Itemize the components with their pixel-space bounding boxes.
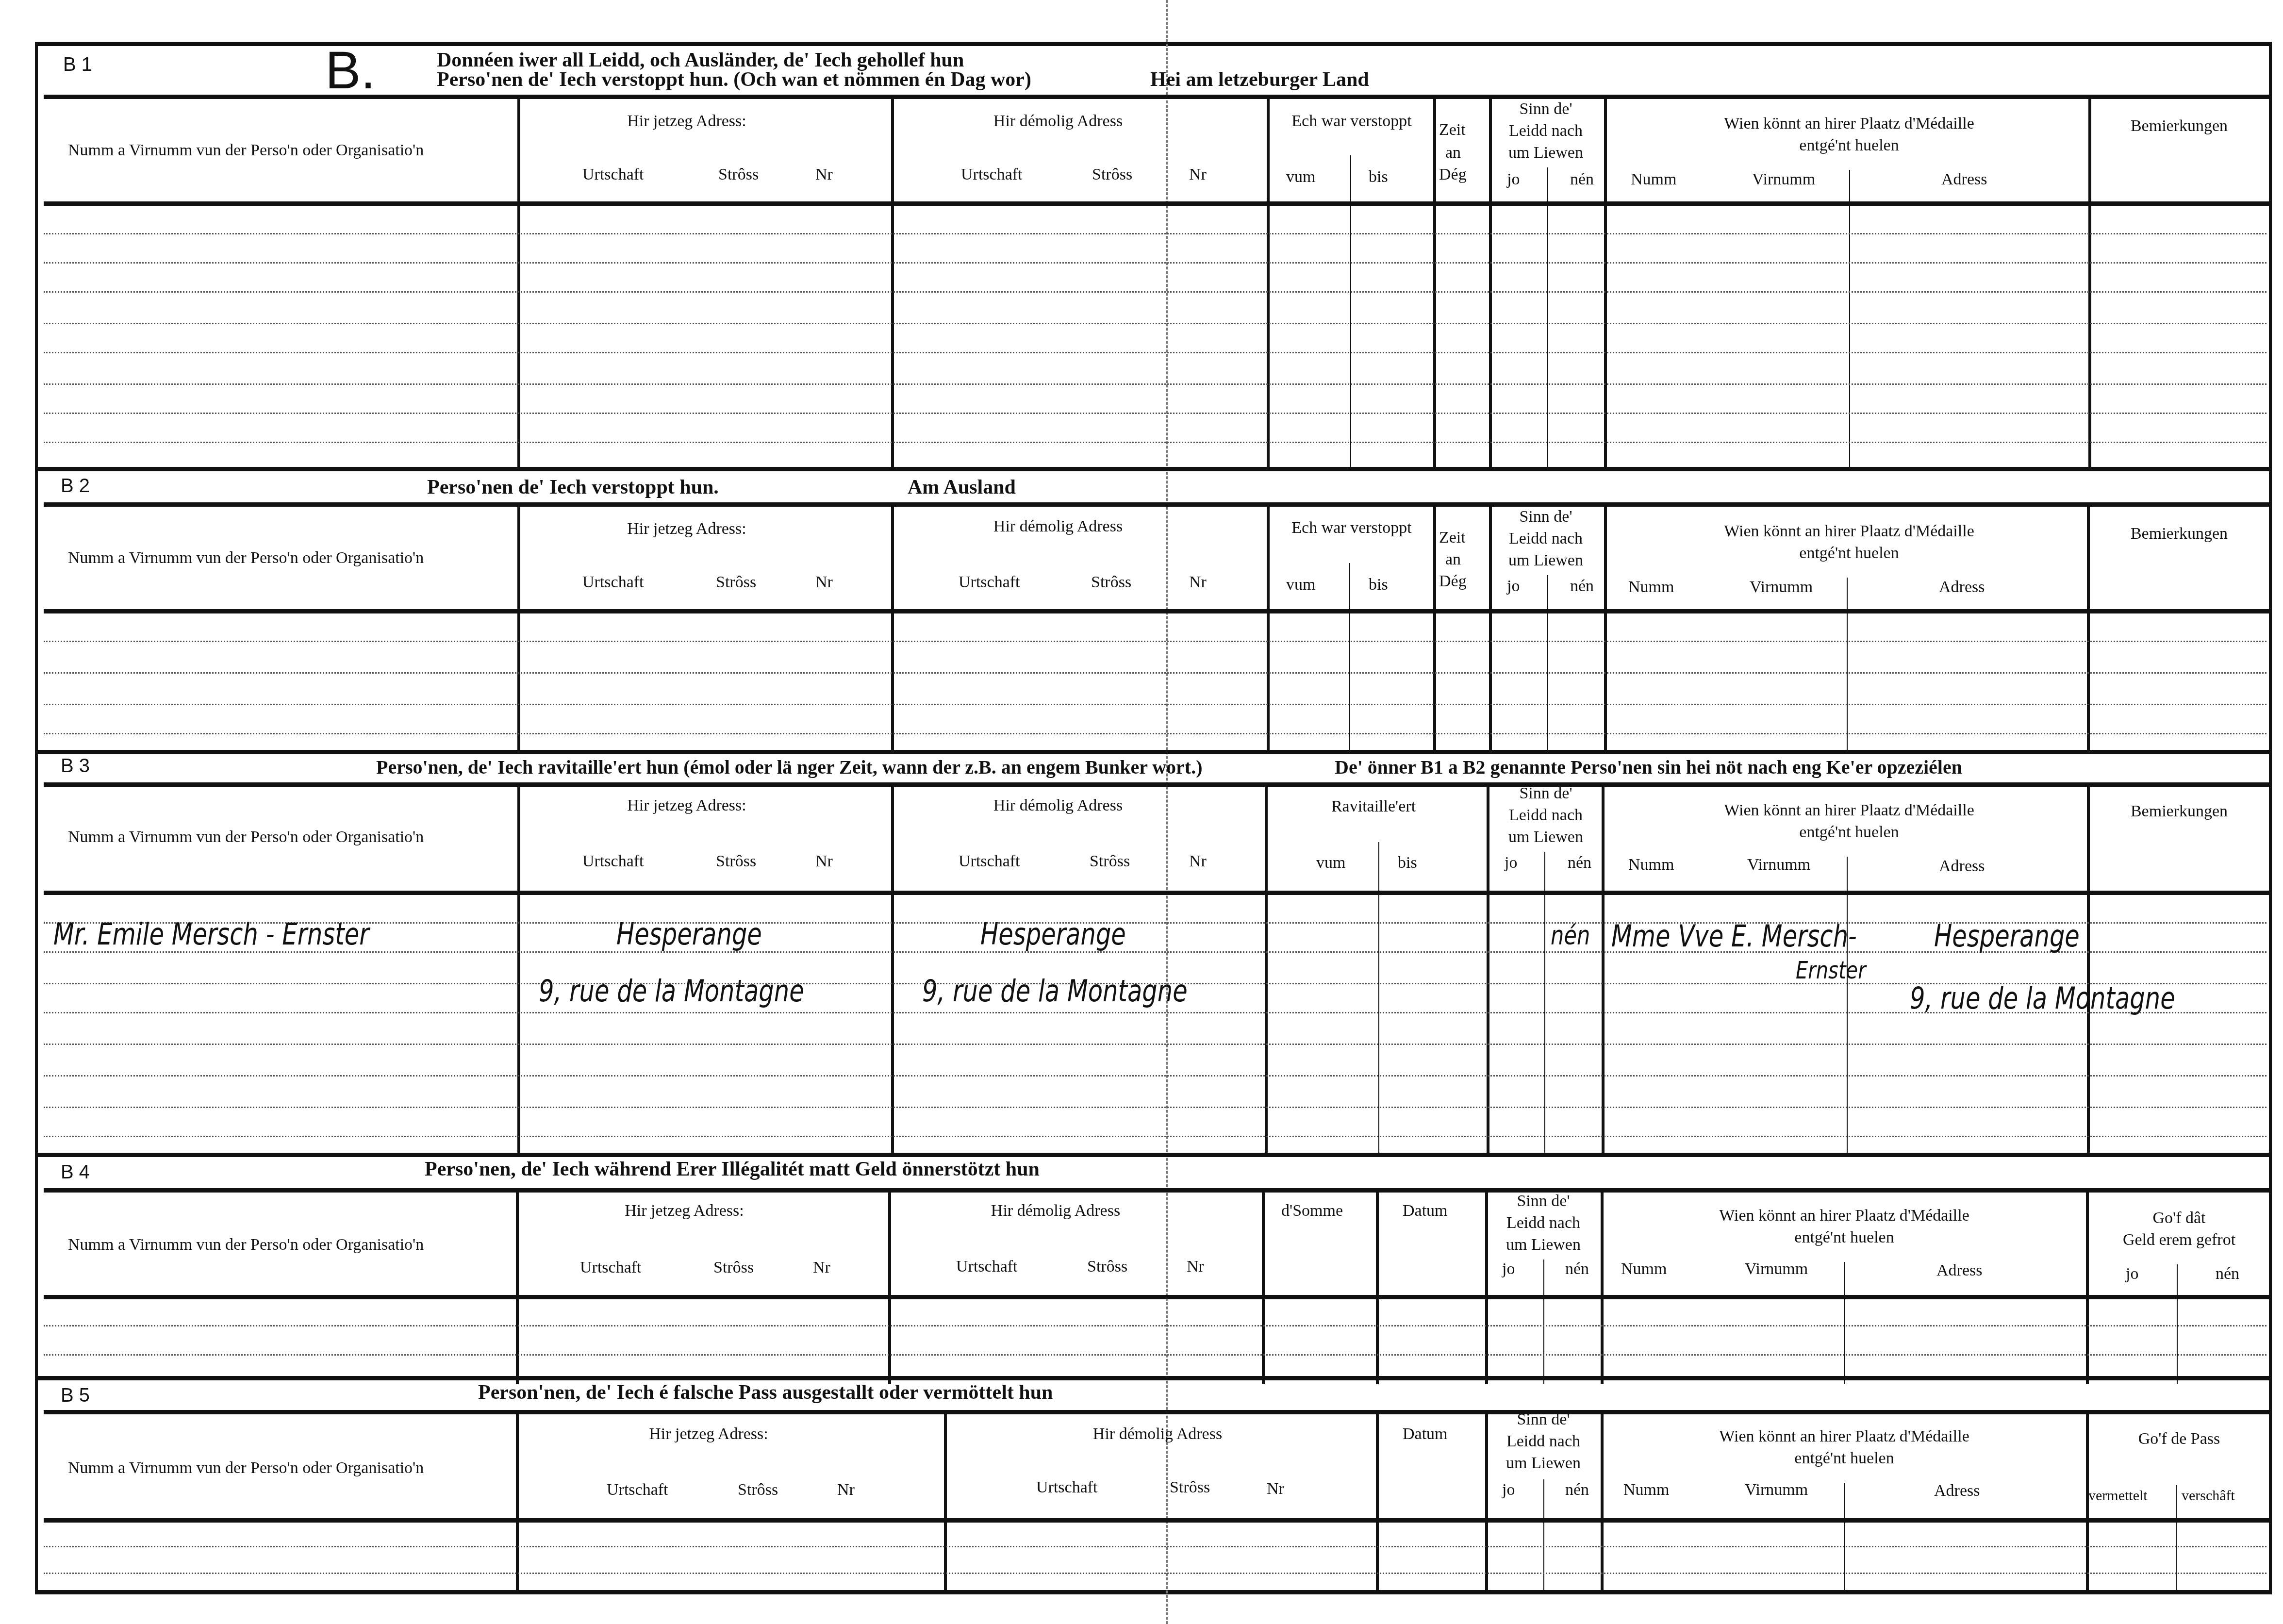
sub-jo: jo — [1505, 853, 1517, 872]
entry-line[interactable] — [44, 352, 2266, 353]
remarks-header: Bemierkungen — [2131, 802, 2228, 821]
page-bottom-border — [35, 1590, 2272, 1594]
entry-line[interactable] — [44, 733, 2266, 734]
col-datum-header: Datum — [1403, 1201, 1448, 1220]
sub-jo: jo — [1507, 170, 1520, 189]
sub-stross: Strôss — [1092, 165, 1132, 184]
medal-header: entgé'nt huelen — [1799, 544, 1899, 563]
form-title-line2: Perso'nen de' Iech verstoppt hun. (Och w… — [437, 68, 1031, 91]
sub-bis: bis — [1369, 167, 1388, 186]
page-right-border — [2269, 44, 2272, 1592]
sub-bis: bis — [1369, 575, 1388, 594]
alive-header: um Liewen — [1508, 551, 1583, 570]
col-current-address-header: Hir jetzeg Adress: — [625, 1201, 744, 1220]
sub-nr: Nr — [1189, 573, 1207, 592]
col-hidden-header: Ech war verstoppt — [1291, 518, 1411, 537]
sub-divider — [1543, 1479, 1544, 1592]
col-name-header: Numm a Virnumm vun der Perso'n oder Orga… — [68, 1458, 424, 1477]
col-current-address-header: Hir jetzeg Adress: — [627, 519, 746, 538]
section-id-b4: B 4 — [61, 1161, 90, 1183]
zeit-header: Dég — [1439, 572, 1467, 591]
sub-stross: Strôss — [738, 1480, 778, 1499]
b5-header-rule — [44, 1410, 2271, 1414]
col-divider — [944, 1412, 947, 1592]
sub-stross: Strôss — [716, 852, 756, 871]
sub-divider — [1849, 170, 1850, 468]
form-letter: B. — [325, 40, 376, 101]
section-id-b5: B 5 — [61, 1384, 90, 1407]
alive-header: Sinn de' — [1519, 99, 1572, 118]
medal-header: Wien könnt an hirer Plaatz d'Médaille — [1724, 801, 1974, 820]
zeit-header: Dég — [1439, 165, 1467, 184]
section-id-b3: B 3 — [61, 755, 90, 777]
zeit-header: an — [1445, 143, 1461, 162]
b4-top-rule — [35, 1153, 2272, 1157]
sub-vum: vum — [1286, 167, 1315, 186]
entry-line[interactable] — [44, 442, 2266, 443]
geld-header: Go'f dât — [2152, 1209, 2205, 1227]
alive-header: um Liewen — [1508, 828, 1583, 846]
sub-divider — [1543, 1259, 1544, 1384]
col-divider — [2087, 505, 2090, 752]
entry-line[interactable] — [44, 1325, 2266, 1326]
sub-adress: Adress — [1934, 1481, 1980, 1500]
entry-line[interactable] — [44, 1354, 2266, 1356]
sub-numm: Numm — [1628, 855, 1674, 874]
b4-header-rule — [44, 1188, 2271, 1193]
entry-line[interactable] — [44, 262, 2266, 264]
col-divider — [516, 1412, 519, 1592]
entry-line[interactable] — [44, 1044, 2266, 1045]
col-ravitaille-header: Ravitaille'ert — [1331, 797, 1416, 816]
sub-stross: Strôss — [1170, 1478, 1210, 1497]
sub-nr: Nr — [1187, 1257, 1204, 1276]
col-divider — [1602, 785, 1605, 1154]
sub-stross: Strôss — [1091, 573, 1131, 592]
sub-jo: jo — [1502, 1259, 1515, 1278]
sub-nr: Nr — [837, 1480, 855, 1499]
alive-header: Sinn de' — [1517, 1410, 1570, 1429]
b5-header-bottom-rule — [44, 1518, 2271, 1523]
sub-divider — [1544, 852, 1545, 1154]
entry-medal-urtschaft[interactable]: Hesperange — [1934, 918, 2080, 954]
col-current-address-header: Hir jetzeg Adress: — [627, 112, 746, 131]
b2-top-rule — [35, 467, 2272, 471]
alive-header: Sinn de' — [1519, 507, 1572, 526]
medal-header: entgé'nt huelen — [1794, 1449, 1894, 1468]
sub-adress: Adress — [1936, 1261, 1982, 1280]
alive-header: um Liewen — [1506, 1454, 1581, 1473]
medal-header: entgé'nt huelen — [1799, 136, 1899, 155]
sub-divider — [1844, 1483, 1845, 1592]
b3-note: De' önner B1 a B2 genannte Perso'nen sin… — [1335, 756, 1962, 779]
sub-numm: Numm — [1621, 1259, 1667, 1278]
col-name-header: Numm a Virnumm vun der Perso'n oder Orga… — [68, 141, 424, 160]
col-name-header: Numm a Virnumm vun der Perso'n oder Orga… — [68, 1235, 424, 1254]
b3-header-bottom-rule — [44, 891, 2271, 895]
col-divider — [1487, 785, 1489, 1154]
medal-header: entgé'nt huelen — [1794, 1228, 1894, 1247]
sub-nen: nén — [2216, 1264, 2239, 1283]
alive-header: Sinn de' — [1519, 784, 1572, 803]
entry-line[interactable] — [44, 641, 2266, 642]
medal-header: Wien könnt an hirer Plaatz d'Médaille — [1719, 1206, 1969, 1225]
sub-virnumm: Virnumm — [1752, 170, 1815, 189]
sub-jo: jo — [2126, 1264, 2138, 1283]
col-divider — [1489, 505, 1492, 752]
sub-urtschaft: Urtschaft — [607, 1480, 668, 1499]
pass-header: Go'f de Pass — [2138, 1429, 2220, 1448]
sub-stross: Strôss — [1090, 852, 1130, 871]
sub-verschaft: verschâft — [2182, 1488, 2235, 1505]
b4-header-bottom-rule — [44, 1295, 2271, 1299]
col-divider — [517, 505, 520, 752]
col-divider — [1433, 505, 1436, 752]
col-divider — [1601, 1412, 1604, 1592]
sub-urtschaft: Urtschaft — [580, 1258, 642, 1277]
b2-title: Perso'nen de' Iech verstoppt hun. — [427, 476, 719, 499]
sub-nen: nén — [1570, 577, 1594, 596]
col-current-address-header: Hir jetzeg Adress: — [649, 1425, 768, 1443]
fold-line — [1166, 0, 1168, 1624]
b5-top-rule — [35, 1376, 2272, 1380]
entry-current-urtschaft[interactable]: Hesperange — [616, 916, 762, 952]
sub-nen: nén — [1570, 170, 1594, 189]
sub-vum: vum — [1316, 853, 1345, 872]
sub-stross: Strôss — [713, 1258, 754, 1277]
sub-stross: Strôss — [1087, 1257, 1127, 1276]
medal-header: Wien könnt an hirer Plaatz d'Médaille — [1724, 522, 1974, 541]
sub-urtschaft: Urtschaft — [959, 573, 1020, 592]
sub-nen: nén — [1565, 1259, 1589, 1278]
sub-urtschaft: Urtschaft — [582, 573, 644, 592]
entry-line[interactable] — [44, 951, 2266, 953]
form-title-line2-right: Hei am letzeburger Land — [1150, 68, 1369, 91]
sub-urtschaft: Urtschaft — [1036, 1478, 1098, 1497]
alive-header: um Liewen — [1508, 143, 1583, 162]
col-former-address-header: Hir démolig Adress — [1093, 1425, 1222, 1443]
sub-divider — [1547, 575, 1548, 752]
col-somme-header: d'Somme — [1281, 1201, 1343, 1220]
sub-divider — [1547, 167, 1548, 468]
col-divider — [1265, 785, 1268, 1154]
entry-medal-name-cont[interactable]: Ernster — [1796, 956, 1866, 984]
entry-line[interactable] — [44, 1107, 2266, 1108]
alive-header: Leidd nach — [1509, 529, 1583, 548]
zeit-header: Zeit — [1439, 120, 1466, 139]
entry-line[interactable] — [44, 383, 2266, 385]
sub-vermettelt: vermettelt — [2088, 1488, 2148, 1505]
geld-header: Geld erem gefrot — [2123, 1230, 2235, 1249]
remarks-header: Bemierkungen — [2131, 116, 2228, 135]
entry-former-urtschaft[interactable]: Hesperange — [980, 916, 1126, 952]
sub-nr: Nr — [1189, 852, 1207, 871]
sub-divider — [1844, 1262, 1845, 1384]
sub-divider — [2177, 1264, 2178, 1384]
entry-line[interactable] — [44, 291, 2266, 293]
section-id-b1: B 1 — [63, 53, 92, 76]
sub-nr: Nr — [1267, 1479, 1284, 1498]
entry-line[interactable] — [44, 672, 2266, 674]
sub-divider — [1349, 563, 1350, 752]
medal-header: Wien könnt an hirer Plaatz d'Médaille — [1719, 1427, 1969, 1446]
col-divider — [891, 505, 894, 752]
entry-name[interactable]: Mr. Emile Mersch - Ernster — [53, 916, 369, 952]
col-divider — [517, 785, 520, 1154]
col-divider — [2087, 785, 2090, 1154]
col-divider — [891, 785, 894, 1154]
sub-numm: Numm — [1623, 1480, 1669, 1499]
sub-virnumm: Virnumm — [1747, 855, 1810, 874]
col-name-header: Numm a Virnumm vun der Perso'n oder Orga… — [68, 828, 424, 846]
section-id-b2: B 2 — [61, 475, 90, 497]
entry-line[interactable] — [44, 1136, 2266, 1137]
sub-adress: Adress — [1939, 578, 1985, 597]
sub-nr: Nr — [1189, 165, 1207, 184]
alive-header: um Liewen — [1506, 1235, 1581, 1254]
b5-title: Person'nen, de' Iech é falsche Pass ausg… — [478, 1381, 1053, 1404]
b4-title: Perso'nen, de' Iech während Erer Illégal… — [425, 1158, 1040, 1181]
col-former-address-header: Hir démolig Adress — [993, 112, 1123, 131]
b3-top-rule — [35, 750, 2272, 754]
sub-nen: nén — [1565, 1480, 1589, 1499]
sub-bis: bis — [1398, 853, 1417, 872]
sub-urtschaft: Urtschaft — [582, 852, 644, 871]
col-divider — [1267, 505, 1270, 752]
entry-former-street[interactable]: 9, rue de la Montagne — [922, 973, 1188, 1009]
col-datum-header: Datum — [1403, 1425, 1448, 1443]
sub-nr: Nr — [815, 165, 833, 184]
b3-header-rule — [44, 782, 2271, 787]
b3-title: Perso'nen, de' Iech ravitaille'ert hun (… — [376, 756, 1202, 779]
alive-header: Sinn de' — [1517, 1192, 1570, 1210]
sub-virnumm: Virnumm — [1745, 1480, 1808, 1499]
sub-jo: jo — [1507, 577, 1520, 596]
sub-divider — [1847, 857, 1848, 1154]
sub-divider — [1847, 578, 1848, 752]
sub-nr: Nr — [813, 1258, 830, 1277]
entry-line[interactable] — [44, 233, 2266, 234]
b2-title-right: Am Ausland — [908, 476, 1016, 499]
b1-header-rule — [44, 95, 2271, 99]
entry-line[interactable] — [44, 1075, 2266, 1077]
sub-numm: Numm — [1631, 170, 1676, 189]
col-divider — [1604, 505, 1607, 752]
sub-urtschaft: Urtschaft — [959, 852, 1020, 871]
col-current-address-header: Hir jetzeg Adress: — [627, 796, 746, 815]
col-hidden-header: Ech war verstoppt — [1291, 112, 1411, 131]
entry-line[interactable] — [44, 922, 2266, 924]
sub-adress: Adress — [1941, 170, 1987, 189]
zeit-header: an — [1445, 550, 1461, 569]
entry-medal-name[interactable]: Mme Vve E. Mersch- — [1611, 918, 1857, 954]
medal-header: entgé'nt huelen — [1799, 823, 1899, 842]
medal-header: Wien könnt an hirer Plaatz d'Médaille — [1724, 114, 1974, 133]
b1-header-bottom-rule — [44, 201, 2271, 206]
entry-line[interactable] — [44, 704, 2266, 705]
b2-header-bottom-rule — [44, 609, 2271, 613]
zeit-header: Zeit — [1439, 528, 1466, 547]
sub-nr: Nr — [815, 852, 833, 871]
sub-virnumm: Virnumm — [1750, 578, 1813, 597]
col-former-address-header: Hir démolig Adress — [993, 517, 1123, 536]
entry-line[interactable] — [44, 323, 2266, 324]
alive-header: Leidd nach — [1509, 121, 1583, 140]
sub-nr: Nr — [815, 573, 833, 592]
sub-virnumm: Virnumm — [1745, 1259, 1808, 1278]
entry-line[interactable] — [44, 413, 2266, 414]
entry-alive-nen[interactable]: nén — [1551, 920, 1590, 950]
col-divider — [1485, 1412, 1488, 1592]
entry-current-street[interactable]: 9, rue de la Montagne — [539, 973, 804, 1009]
entry-medal-street[interactable]: 9, rue de la Montagne — [1910, 980, 2175, 1016]
col-former-address-header: Hir démolig Adress — [991, 1201, 1120, 1220]
col-name-header: Numm a Virnumm vun der Perso'n oder Orga… — [68, 548, 424, 567]
sub-nen: nén — [1568, 853, 1591, 872]
sub-jo: jo — [1502, 1480, 1515, 1499]
b2-header-rule — [44, 502, 2271, 507]
sub-stross: Strôss — [716, 573, 756, 592]
col-divider — [1376, 1412, 1379, 1592]
sub-divider — [2176, 1485, 2177, 1592]
alive-header: Leidd nach — [1506, 1432, 1580, 1451]
alive-header: Leidd nach — [1509, 806, 1583, 825]
entry-line[interactable] — [44, 1573, 2266, 1574]
sub-numm: Numm — [1628, 578, 1674, 597]
remarks-header: Bemierkungen — [2131, 524, 2228, 543]
page-left-border — [35, 44, 38, 1592]
entry-line[interactable] — [44, 1546, 2266, 1547]
sub-stross: Strôss — [718, 165, 759, 184]
sub-urtschaft: Urtschaft — [956, 1257, 1018, 1276]
sub-vum: vum — [1286, 575, 1315, 594]
sub-urtschaft: Urtschaft — [961, 165, 1023, 184]
sub-adress: Adress — [1939, 857, 1985, 876]
sub-urtschaft: Urtschaft — [582, 165, 644, 184]
col-former-address-header: Hir démolig Adress — [993, 796, 1123, 815]
alive-header: Leidd nach — [1506, 1213, 1580, 1232]
